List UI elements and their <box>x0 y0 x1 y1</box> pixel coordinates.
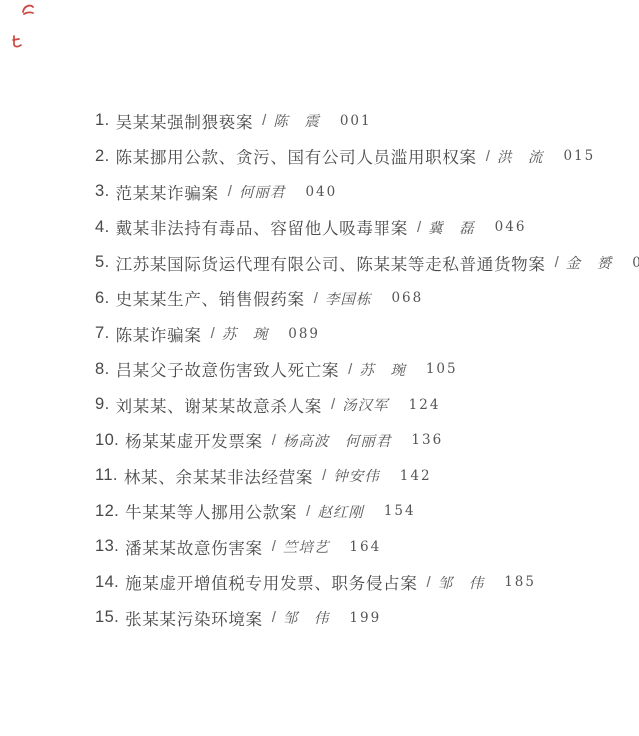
author-separator: / <box>322 467 326 484</box>
toc-entry: 8. 吕某父子故意伤害致人死亡案 / 苏 琬 105 <box>95 352 629 388</box>
case-title: 陈某挪用公款、贪污、国有公司人员滥用职权案 <box>116 144 477 168</box>
author-name: 洪 流 <box>497 146 544 167</box>
page-number: 001 <box>340 113 372 129</box>
author-separator: / <box>427 574 431 591</box>
author-separator: / <box>211 325 215 342</box>
red-scribble-mark-icon <box>10 34 24 55</box>
case-title: 江苏某国际货运代理有限公司、陈某某等走私普通货物案 <box>116 251 546 275</box>
page-number: 199 <box>349 610 381 626</box>
page-number: 154 <box>384 503 416 519</box>
entry-number: 3. <box>95 182 110 201</box>
case-title: 陈某诈骗案 <box>116 322 202 346</box>
author-name: 邹 伟 <box>283 607 330 628</box>
case-title: 吴某某强制猥亵案 <box>116 109 254 133</box>
page-number: 015 <box>563 148 595 164</box>
entry-number: 11. <box>95 466 118 485</box>
entry-number: 4. <box>95 218 110 237</box>
page-number: 124 <box>409 397 441 413</box>
page-number: 164 <box>349 539 381 555</box>
author-name: 陈 震 <box>273 110 320 131</box>
toc-entry: 2. 陈某挪用公款、贪污、国有公司人员滥用职权案 / 洪 流 015 <box>95 139 629 175</box>
toc-entry: 12. 牛某某等人挪用公款案 / 赵红刚 154 <box>95 494 629 530</box>
author-name: 邹 伟 <box>438 572 485 593</box>
author-separator: / <box>348 361 352 378</box>
toc-entry: 1. 吴某某强制猥亵案 / 陈 震 001 <box>95 103 629 139</box>
author-separator: / <box>331 396 335 413</box>
page-number: 136 <box>411 432 443 448</box>
entry-number: 15. <box>95 608 119 627</box>
author-name: 何丽君 <box>239 181 286 202</box>
page-number: 185 <box>504 574 536 590</box>
author-separator: / <box>228 183 232 200</box>
toc-entry: 15. 张某某污染环境案 / 邹 伟 199 <box>95 600 629 636</box>
case-title: 史某某生产、销售假药案 <box>116 286 305 310</box>
red-scribble-mark-icon <box>20 2 37 23</box>
entry-number: 9. <box>95 395 110 414</box>
toc-entry: 11. 林某、余某某非法经营案 / 钟安伟 142 <box>95 458 629 494</box>
entry-number: 1. <box>95 111 110 130</box>
page-number: 046 <box>495 219 527 235</box>
author-name: 竺培艺 <box>283 536 330 557</box>
author-separator: / <box>272 432 276 449</box>
toc-entry: 9. 刘某某、谢某某故意杀人案 / 汤汉军 124 <box>95 387 629 423</box>
toc-entry: 4. 戴某非法持有毒品、容留他人吸毒罪案 / 冀 磊 046 <box>95 210 629 246</box>
toc-entry: 10. 杨某某虚开发票案 / 杨高波 何丽君 136 <box>95 423 629 459</box>
case-title: 潘某某故意伤害案 <box>125 535 263 559</box>
entry-number: 8. <box>95 360 110 379</box>
author-name: 冀 磊 <box>428 217 475 238</box>
case-title: 施某虚开增值税专用发票、职务侵占案 <box>125 570 417 594</box>
author-separator: / <box>262 112 266 129</box>
toc-entry: 3. 范某某诈骗案 / 何丽君 040 <box>95 174 629 210</box>
author-separator: / <box>272 538 276 555</box>
page-number: 142 <box>400 468 432 484</box>
case-title: 吕某父子故意伤害致人死亡案 <box>116 357 340 381</box>
entry-number: 13. <box>95 537 119 556</box>
entry-number: 6. <box>95 289 110 308</box>
entry-number: 12. <box>95 502 119 521</box>
toc-entry: 7. 陈某诈骗案 / 苏 琬 089 <box>95 316 629 352</box>
author-separator: / <box>417 219 421 236</box>
case-title: 杨某某虚开发票案 <box>125 428 263 452</box>
case-title: 戴某非法持有毒品、容留他人吸毒罪案 <box>116 215 408 239</box>
entry-number: 7. <box>95 324 110 343</box>
page-number: 089 <box>288 326 320 342</box>
author-separator: / <box>314 290 318 307</box>
author-separator: / <box>272 609 276 626</box>
author-separator: / <box>555 254 559 271</box>
author-name: 李国栋 <box>325 288 372 309</box>
toc-entry: 5. 江苏某国际货运代理有限公司、陈某某等走私普通货物案 / 金 赟 053 <box>95 245 629 281</box>
toc-list: 1. 吴某某强制猥亵案 / 陈 震 001 2. 陈某挪用公款、贪污、国有公司人… <box>95 103 629 636</box>
page-number: 068 <box>391 290 423 306</box>
author-name: 赵红刚 <box>317 501 364 522</box>
case-title: 刘某某、谢某某故意杀人案 <box>116 393 322 417</box>
author-separator: / <box>306 503 310 520</box>
case-title: 林某、余某某非法经营案 <box>124 464 313 488</box>
entry-number: 2. <box>95 147 110 166</box>
toc-entry: 6. 史某某生产、销售假药案 / 李国栋 068 <box>95 281 629 317</box>
author-name: 汤汉军 <box>342 394 389 415</box>
entry-number: 5. <box>95 253 110 272</box>
author-name: 苏 琬 <box>222 323 269 344</box>
author-name: 金 赟 <box>566 252 613 273</box>
toc-page: 1. 吴某某强制猥亵案 / 陈 震 001 2. 陈某挪用公款、贪污、国有公司人… <box>0 0 639 736</box>
page-number: 040 <box>305 184 337 200</box>
author-separator: / <box>486 148 490 165</box>
entry-number: 10. <box>95 431 119 450</box>
case-title: 张某某污染环境案 <box>125 606 263 630</box>
author-name: 苏 琬 <box>359 359 406 380</box>
page-number: 105 <box>426 361 458 377</box>
case-title: 范某某诈骗案 <box>116 180 219 204</box>
toc-entry: 13. 潘某某故意伤害案 / 竺培艺 164 <box>95 529 629 565</box>
case-title: 牛某某等人挪用公款案 <box>125 499 297 523</box>
author-name: 钟安伟 <box>333 465 380 486</box>
entry-number: 14. <box>95 573 119 592</box>
author-name: 杨高波 何丽君 <box>283 430 392 451</box>
toc-entry: 14. 施某虚开增值税专用发票、职务侵占案 / 邹 伟 185 <box>95 565 629 601</box>
page-number: 053 <box>632 255 639 271</box>
